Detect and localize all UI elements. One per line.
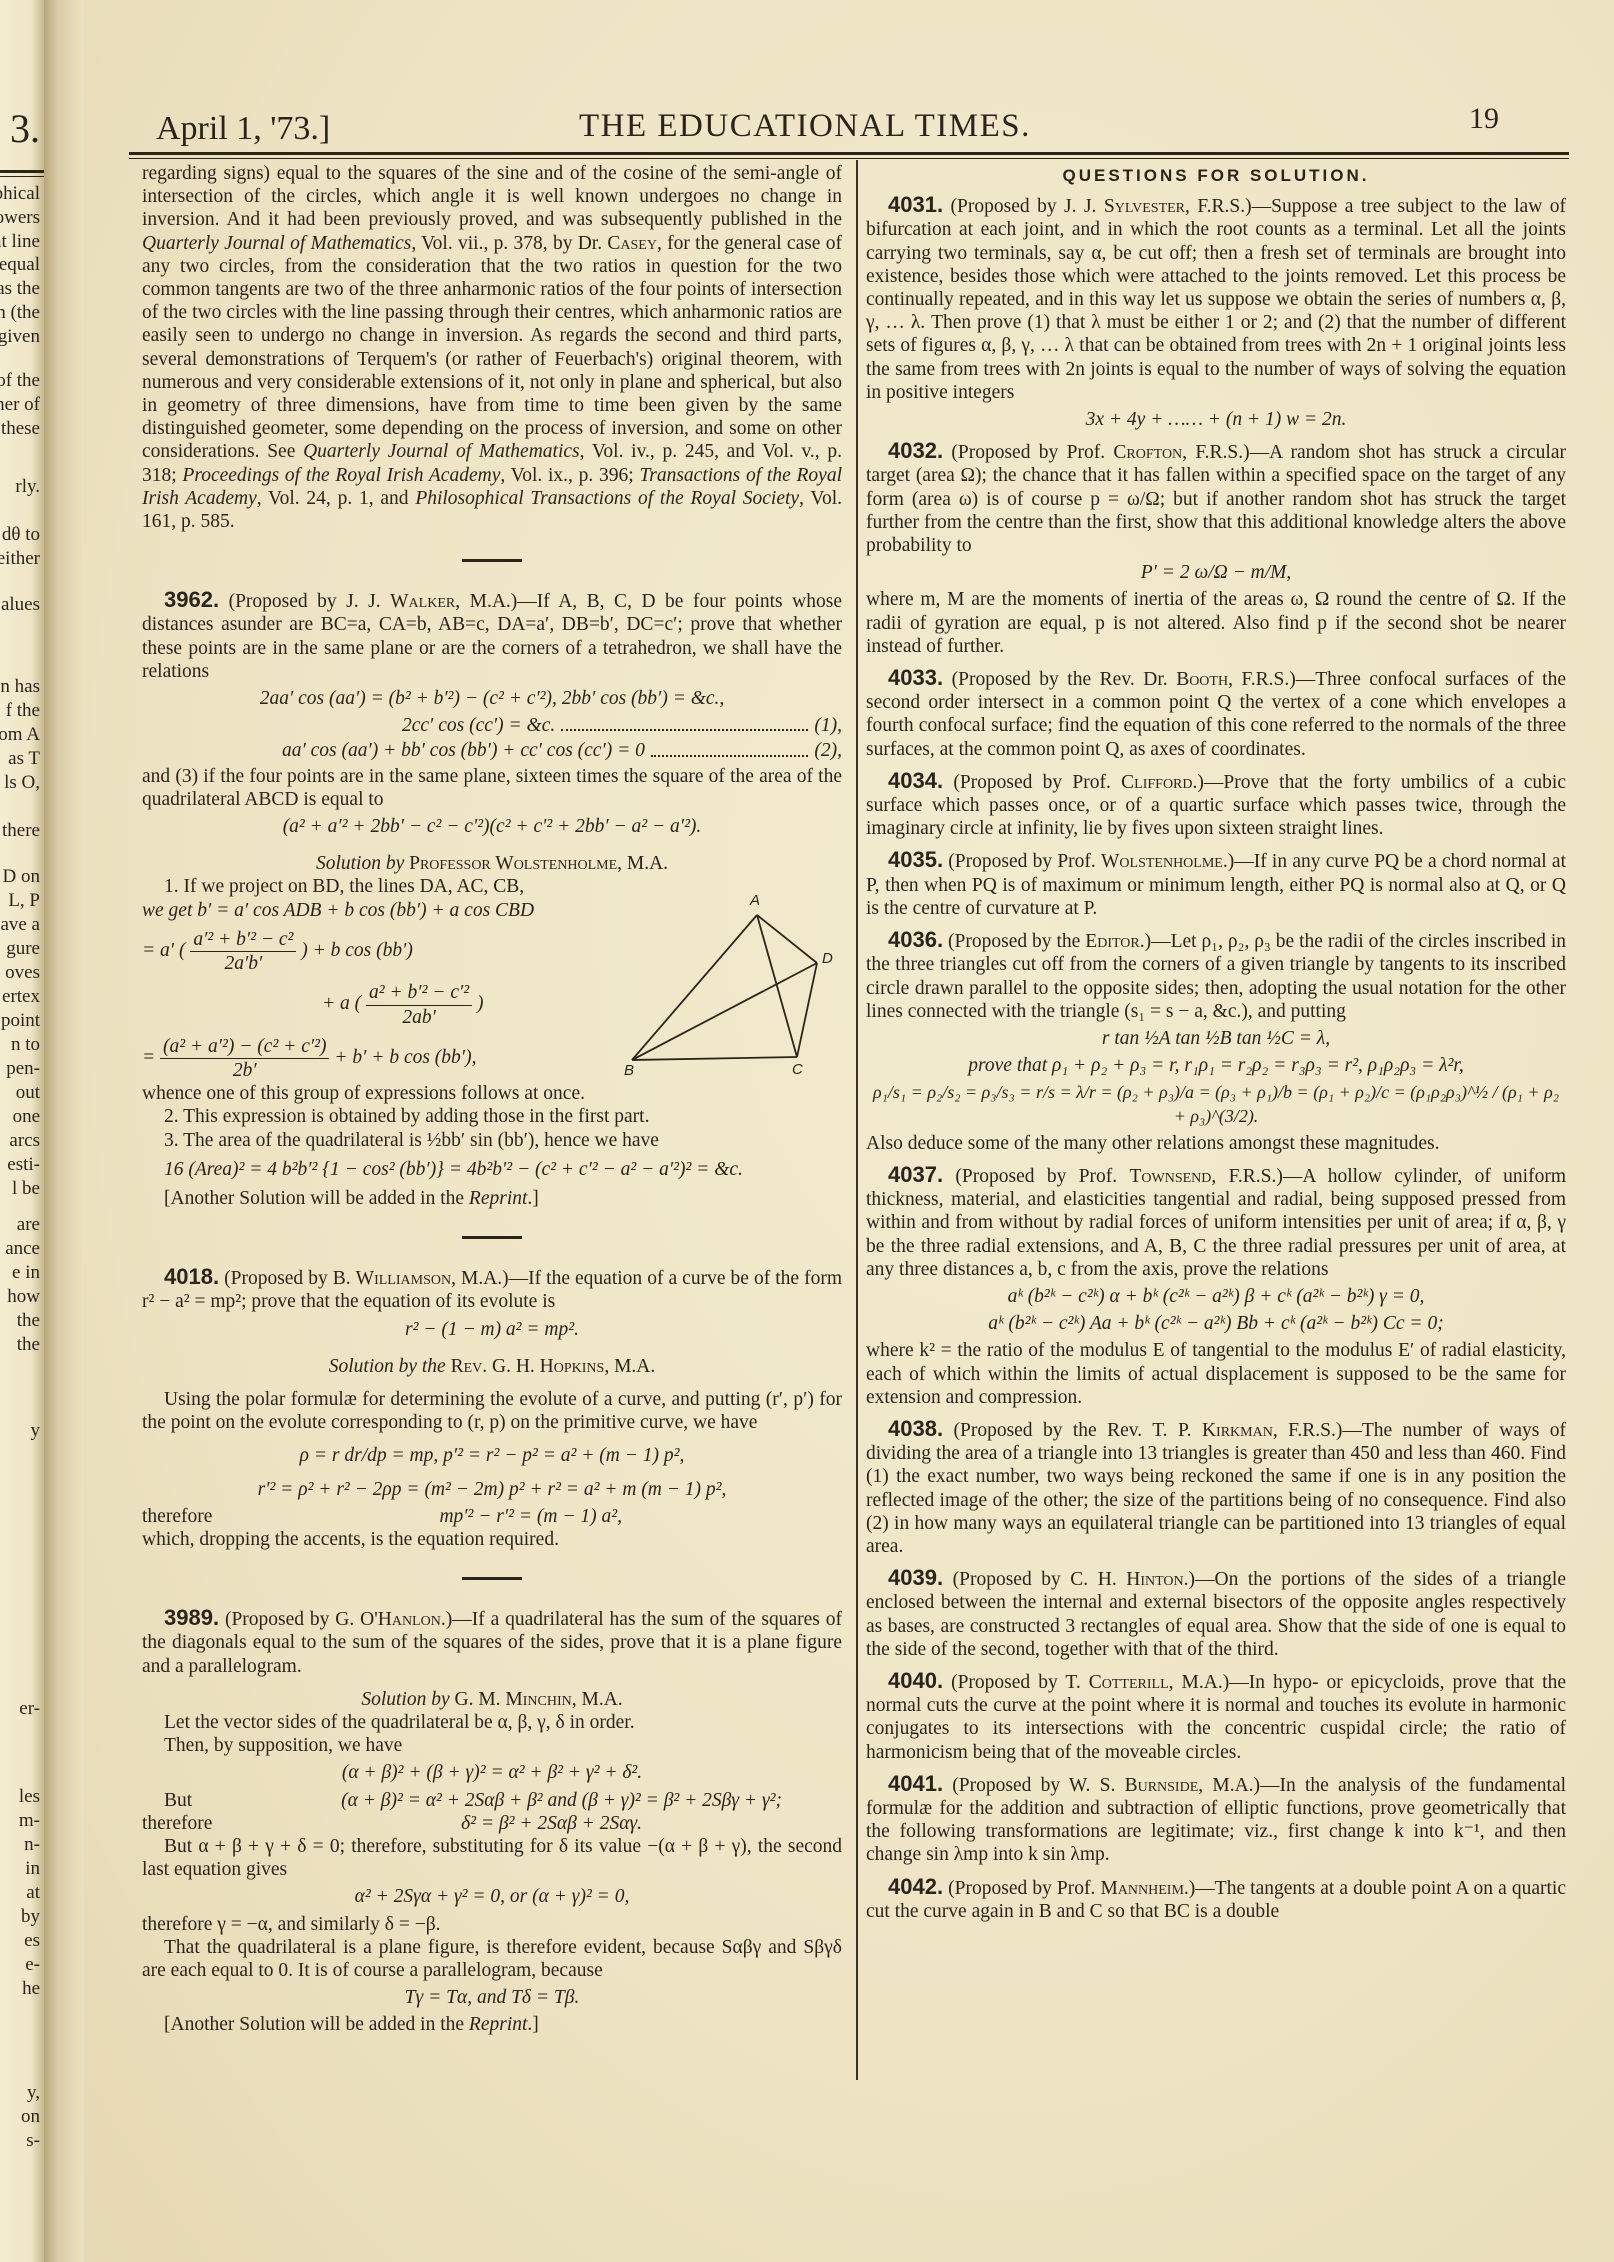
facing-text-fragment: D on — [3, 866, 40, 888]
solution-equation: + a ( a² + b′² − c′²2ab′ ) — [322, 981, 612, 1028]
facing-text-fragment: h (the — [0, 302, 40, 324]
question-statement: 4033. (Proposed by the Rev. Dr. Booth, F… — [866, 666, 1566, 761]
equation: r tan ½A tan ½B tan ½C = λ, — [866, 1027, 1566, 1050]
facing-text-fragment: ls O, — [4, 772, 40, 794]
facing-text-fragment: n has — [0, 676, 40, 698]
question-part: and (3) if the four points are in the sa… — [142, 765, 842, 811]
question-statement: 4018. (Proposed by B. Williamson, M.A.)—… — [142, 1265, 842, 1313]
question-text: Also deduce some of the many other relat… — [866, 1132, 1566, 1155]
solution-with-figure: 1. If we project on BD, the lines DA, AC… — [142, 875, 842, 1082]
facing-text-fragment: f the — [6, 700, 40, 722]
question-4040: 4040. (Proposed by T. Cotterill, M.A.)—I… — [866, 1669, 1566, 1764]
equation: r′² = ρ² + r² − 2ρp = (m² − 2m) p² + r² … — [142, 1478, 842, 1501]
facing-text-fragment: given — [0, 326, 40, 348]
questions-for-solution-list: 4031. (Proposed by J. J. Sylvester, F.R.… — [866, 193, 1566, 1923]
proposer-name: Hinton — [1126, 1569, 1183, 1590]
facing-text-fragment: ave a — [0, 914, 40, 936]
header-rule — [129, 152, 1569, 155]
header-title: THE EDUCATIONAL TIMES. — [579, 108, 1031, 145]
question-number: 4039. — [888, 1565, 943, 1590]
equation: 2aa′ cos (aa′) = (b² + b′²) − (c² + c′²)… — [142, 687, 842, 710]
question-4035: 4035. (Proposed by Prof. Wolstenholme.)—… — [866, 848, 1566, 920]
question-statement: 3989. (Proposed by G. O'Hanlon.)—If a qu… — [142, 1606, 842, 1678]
facing-text-fragment: in — [25, 1858, 40, 1880]
question-4041: 4041. (Proposed by W. S. Burnside, M.A.)… — [866, 1772, 1566, 1867]
left-column: regarding signs) equal to the squares of… — [142, 162, 842, 2037]
facing-text-fragment: ertex — [2, 986, 40, 1008]
equation-row: thereforeδ² = β² + 2Sαβ + 2Sαγ. — [142, 1812, 842, 1835]
solution-byline: Solution by the Rev. G. H. Hopkins, M.A. — [142, 1355, 842, 1378]
solution-text: That the quadrilateral is a plane figure… — [142, 1936, 842, 1982]
question-number: 3962. — [164, 587, 219, 612]
proposer-name: Burnside — [1125, 1775, 1199, 1796]
intro-paragraph: regarding signs) equal to the squares of… — [142, 162, 842, 533]
solution-byline: Solution by Professor Wolstenholme, M.A. — [142, 852, 842, 875]
proposer-name: O'Hanlon — [360, 1609, 441, 1630]
facing-text-fragment: these — [1, 418, 40, 440]
question-statement: 4031. (Proposed by J. J. Sylvester, F.R.… — [866, 193, 1566, 404]
question-4033: 4033. (Proposed by the Rev. Dr. Booth, F… — [866, 666, 1566, 761]
question-number: 4034. — [888, 768, 943, 793]
facing-text-fragment: alues — [1, 594, 40, 616]
question-number: 4041. — [888, 1771, 943, 1796]
question-statement: 4039. (Proposed by C. H. Hinton.)—On the… — [866, 1566, 1566, 1661]
proposer-name: Walker — [390, 591, 455, 612]
question-4036: 4036. (Proposed by the Editor.)—Let ρ₁, … — [866, 928, 1566, 1155]
vertex-label-a: A — [749, 892, 760, 909]
equation: P′ = 2 ω/Ω − m/M, — [866, 561, 1566, 584]
equation-numbered: 2cc′ cos (cc′) = &c.(1), — [142, 714, 842, 737]
equation: 3x + 4y + …… + (n + 1) w = 2n. — [866, 408, 1566, 431]
question-number: 4032. — [888, 438, 943, 463]
solution-text: 2. This expression is obtained by adding… — [142, 1105, 842, 1128]
question-4032: 4032. (Proposed by Prof. Crofton, F.R.S.… — [866, 439, 1566, 658]
equation: ρ₁/s₁ = ρ₂/s₂ = ρ₃/s₃ = r/s = λ/r = (ρ₂ … — [866, 1081, 1566, 1127]
facing-text-fragment: of the — [0, 370, 40, 392]
question-statement: 4034. (Proposed by Prof. Clifford.)—Prov… — [866, 769, 1566, 841]
question-statement: 4038. (Proposed by the Rev. T. P. Kirkma… — [866, 1417, 1566, 1558]
header-page-number: 19 — [1469, 102, 1499, 136]
vertex-label-d: D — [822, 950, 833, 967]
question-number: 4042. — [888, 1874, 943, 1899]
equation: α² + 2Sγα + γ² = 0, or (α + γ)² = 0, — [142, 1885, 842, 1908]
question-number: 4033. — [888, 665, 943, 690]
solution-text: 3. The area of the quadrilateral is ½bb′… — [142, 1129, 842, 1152]
facing-text-fragment: are — [17, 1214, 40, 1236]
right-column: QUESTIONS FOR SOLUTION. 4031. (Proposed … — [866, 162, 1566, 1931]
facing-text-fragment: esti- — [7, 1154, 40, 1176]
facing-text-fragment: er- — [19, 1698, 40, 1720]
question-text: where k² = the ratio of the modulus E of… — [866, 1339, 1566, 1409]
section-separator — [462, 559, 522, 562]
facing-text-fragment: ance — [5, 1238, 40, 1260]
facing-text-fragment: how — [7, 1286, 40, 1308]
question-text: where m, M are the moments of inertia of… — [866, 588, 1566, 658]
quadrilateral-abcd-diagram: A B C D — [612, 875, 842, 1075]
header-date: April 1, '73.] — [156, 110, 330, 148]
question-statement: 4035. (Proposed by Prof. Wolstenholme.)—… — [866, 848, 1566, 920]
facing-text-fragment: at — [26, 1882, 40, 1904]
question-number: 4018. — [164, 1264, 219, 1289]
proposer-name: Sylvester — [1104, 196, 1185, 217]
proposer-name: Crofton — [1113, 442, 1182, 463]
question-4031: 4031. (Proposed by J. J. Sylvester, F.R.… — [866, 193, 1566, 431]
facing-text-fragment: out — [16, 1082, 40, 1104]
question-statement: 4036. (Proposed by the Editor.)—Let ρ₁, … — [866, 928, 1566, 1023]
newspaper-page: April 1, '73.] THE EDUCATIONAL TIMES. 19… — [84, 0, 1614, 2262]
facing-text-fragment: point — [1, 1010, 40, 1032]
equation: r² − (1 − m) a² = mp². — [142, 1318, 842, 1341]
question-4037: 4037. (Proposed by Prof. Townsend, F.R.S… — [866, 1163, 1566, 1409]
question-number: 4035. — [888, 847, 943, 872]
solution-equation: 16 (Area)² = 4 b²b′² {1 − cos² (bb′)} = … — [142, 1158, 842, 1181]
equation: (a² + a′² + 2bb′ − c² − c′²)(c² + c′² + … — [142, 815, 842, 838]
solution-text: Then, by supposition, we have — [142, 1734, 842, 1757]
solution-text: Using the polar formulæ for determining … — [142, 1388, 842, 1434]
question-statement: 4037. (Proposed by Prof. Townsend, F.R.S… — [866, 1163, 1566, 1281]
equation-row: But(α + β)² = α² + 2Sαβ + β² and (β + γ)… — [142, 1789, 842, 1812]
facing-text-fragment: n- — [24, 1834, 40, 1856]
solution-equation: = (a² + a′²) − (c² + c′²)2b′ + b′ + b co… — [142, 1035, 612, 1082]
facing-text-fragment: dθ to — [2, 524, 40, 546]
solution-text: But α + β + γ + δ = 0; therefore, substi… — [142, 1835, 842, 1881]
facing-text-fragment: y — [31, 1420, 41, 1442]
facing-text-fragment: arcs — [9, 1130, 40, 1152]
solution-byline: Solution by G. M. Minchin, M.A. — [142, 1688, 842, 1711]
facing-text-fragment: pen- — [6, 1058, 40, 1080]
facing-text-fragment: s- — [26, 2130, 40, 2152]
proposer-name: Kirkman — [1202, 1420, 1273, 1441]
proposer-name: Townsend — [1130, 1166, 1212, 1187]
solution-equation: we get b′ = a′ cos ADB + b cos (bb′) + a… — [142, 899, 612, 922]
equation: prove that ρ₁ + ρ₂ + ρ₃ = r, r₁ρ₁ = r₂ρ₂… — [866, 1054, 1566, 1077]
question-number: 4037. — [888, 1162, 943, 1187]
book-gutter — [44, 0, 84, 2262]
question-3989: 3989. (Proposed by G. O'Hanlon.)—If a qu… — [142, 1606, 842, 2036]
question-4018: 4018. (Proposed by B. Williamson, M.A.)—… — [142, 1265, 842, 1551]
question-4038: 4038. (Proposed by the Rev. T. P. Kirkma… — [866, 1417, 1566, 1558]
section-separator — [462, 1577, 522, 1580]
equation-numbered: aa′ cos (aa′) + bb′ cos (bb′) + cc′ cos … — [142, 739, 842, 762]
solution-text: therefore γ = −α, and similarly δ = −β. — [142, 1913, 842, 1936]
question-4042: 4042. (Proposed by Prof. Mannheim.)—The … — [866, 1875, 1566, 1923]
question-number: 4036. — [888, 927, 943, 952]
proposer-name: Williamson — [356, 1268, 451, 1289]
equation: aᵏ (b²ᵏ − c²ᵏ) Aa + bᵏ (c²ᵏ − a²ᵏ) Bb + … — [866, 1312, 1566, 1335]
facing-text-fragment: y, — [27, 2082, 40, 2104]
facing-text-fragment: either — [0, 548, 40, 570]
column-divider — [856, 160, 858, 2080]
proposer-name: Wolstenholme — [1101, 851, 1223, 872]
proposer-name: Cotterill — [1089, 1672, 1169, 1693]
facing-text-fragment: om A — [0, 724, 40, 746]
solution-text: which, dropping the accents, is the equa… — [142, 1528, 842, 1551]
reprint-note: [Another Solution will be added in the R… — [142, 2013, 842, 2036]
facing-text-fragment: by — [21, 1906, 40, 1928]
facing-text-fragment: as T — [8, 748, 40, 770]
facing-text-fragment: gure — [6, 938, 40, 960]
question-statement: 4042. (Proposed by Prof. Mannheim.)—The … — [866, 1875, 1566, 1923]
facing-text-fragment: rly. — [15, 476, 40, 498]
question-4034: 4034. (Proposed by Prof. Clifford.)—Prov… — [866, 769, 1566, 841]
equation: aᵏ (b²ᵏ − c²ᵏ) α + bᵏ (c²ᵏ − a²ᵏ) β + cᵏ… — [866, 1285, 1566, 1308]
facing-text-fragment: phical — [0, 183, 40, 205]
equation: (α + β)² + (β + γ)² = α² + β² + γ² + δ². — [142, 1761, 842, 1784]
proposer-name: Mannheim — [1100, 1878, 1183, 1899]
facing-text-fragment: ner of — [0, 394, 40, 416]
facing-text-fragment: the — [17, 1310, 40, 1332]
solution-text: whence one of this group of expressions … — [142, 1082, 842, 1105]
question-number: 4040. — [888, 1668, 943, 1693]
vertex-label-b: B — [624, 1062, 634, 1075]
facing-text-fragment: e- — [25, 1954, 40, 1976]
quadrilateral-figure: A B C D — [612, 875, 842, 1082]
facing-text-fragment: owers — [0, 207, 40, 229]
facing-text-fragment: l be — [12, 1178, 40, 1200]
section-separator — [462, 1236, 522, 1239]
proposer-name: Editor — [1085, 931, 1139, 952]
facing-text-fragment: oves — [5, 962, 40, 984]
facing-text-fragment: les — [19, 1786, 40, 1808]
facing-header-rule — [0, 170, 44, 173]
facing-text-fragment: e in — [12, 1262, 40, 1284]
solution-text: 1. If we project on BD, the lines DA, AC… — [142, 875, 612, 898]
facing-text-fragment: there — [2, 820, 40, 842]
facing-page-number: 3. — [10, 118, 40, 140]
facing-text-fragment: n to — [11, 1034, 40, 1056]
facing-header-rule-thin — [0, 176, 44, 177]
facing-text-fragment: the — [17, 1334, 40, 1356]
question-statement: 4041. (Proposed by W. S. Burnside, M.A.)… — [866, 1772, 1566, 1867]
facing-text-fragment: he — [22, 1978, 40, 2000]
reprint-note: [Another Solution will be added in the R… — [142, 1187, 842, 1210]
facing-text-fragment: nt line — [0, 231, 40, 253]
equation: Tγ = Tα, and Tδ = Tβ. — [142, 1986, 842, 2009]
question-3962: 3962. (Proposed by J. J. Walker, M.A.)—I… — [142, 588, 842, 1210]
section-heading: QUESTIONS FOR SOLUTION. — [866, 164, 1566, 187]
header-rule-thin — [129, 158, 1569, 159]
proposer-name: Booth — [1176, 669, 1228, 690]
question-number: 4038. — [888, 1416, 943, 1441]
question-statement: 3962. (Proposed by J. J. Walker, M.A.)—I… — [142, 588, 842, 683]
facing-text-fragment: es — [24, 1930, 40, 1952]
question-statement: 4032. (Proposed by Prof. Crofton, F.R.S.… — [866, 439, 1566, 557]
facing-text-fragment: as the — [0, 278, 40, 300]
question-number: 3989. — [164, 1605, 219, 1630]
solution-text: Let the vector sides of the quadrilatera… — [142, 1711, 842, 1734]
equation-row: thereforemp′² − r′² = (m − 1) a², — [142, 1505, 842, 1528]
facing-text-fragment: equal — [0, 254, 40, 276]
facing-text-fragment: m- — [19, 1810, 40, 1832]
solution-equation: = a′ ( a′² + b′² − c²2a′b′ ) + b cos (bb… — [142, 928, 612, 975]
question-4039: 4039. (Proposed by C. H. Hinton.)—On the… — [866, 1566, 1566, 1661]
proposer-name: Clifford — [1121, 772, 1192, 793]
facing-page-edge: 3. phicalowersnt lineequalas theh (thegi… — [0, 0, 44, 2262]
vertex-label-c: C — [792, 1061, 803, 1075]
facing-text-fragment: one — [13, 1106, 40, 1128]
facing-text-fragment: L, P — [8, 890, 40, 912]
question-number: 4031. — [888, 192, 943, 217]
equation: ρ = r dr/dp = mp, p′² = r² − p² = a² + (… — [142, 1444, 842, 1467]
question-statement: 4040. (Proposed by T. Cotterill, M.A.)—I… — [866, 1669, 1566, 1764]
facing-text-fragment: on — [21, 2106, 40, 2128]
